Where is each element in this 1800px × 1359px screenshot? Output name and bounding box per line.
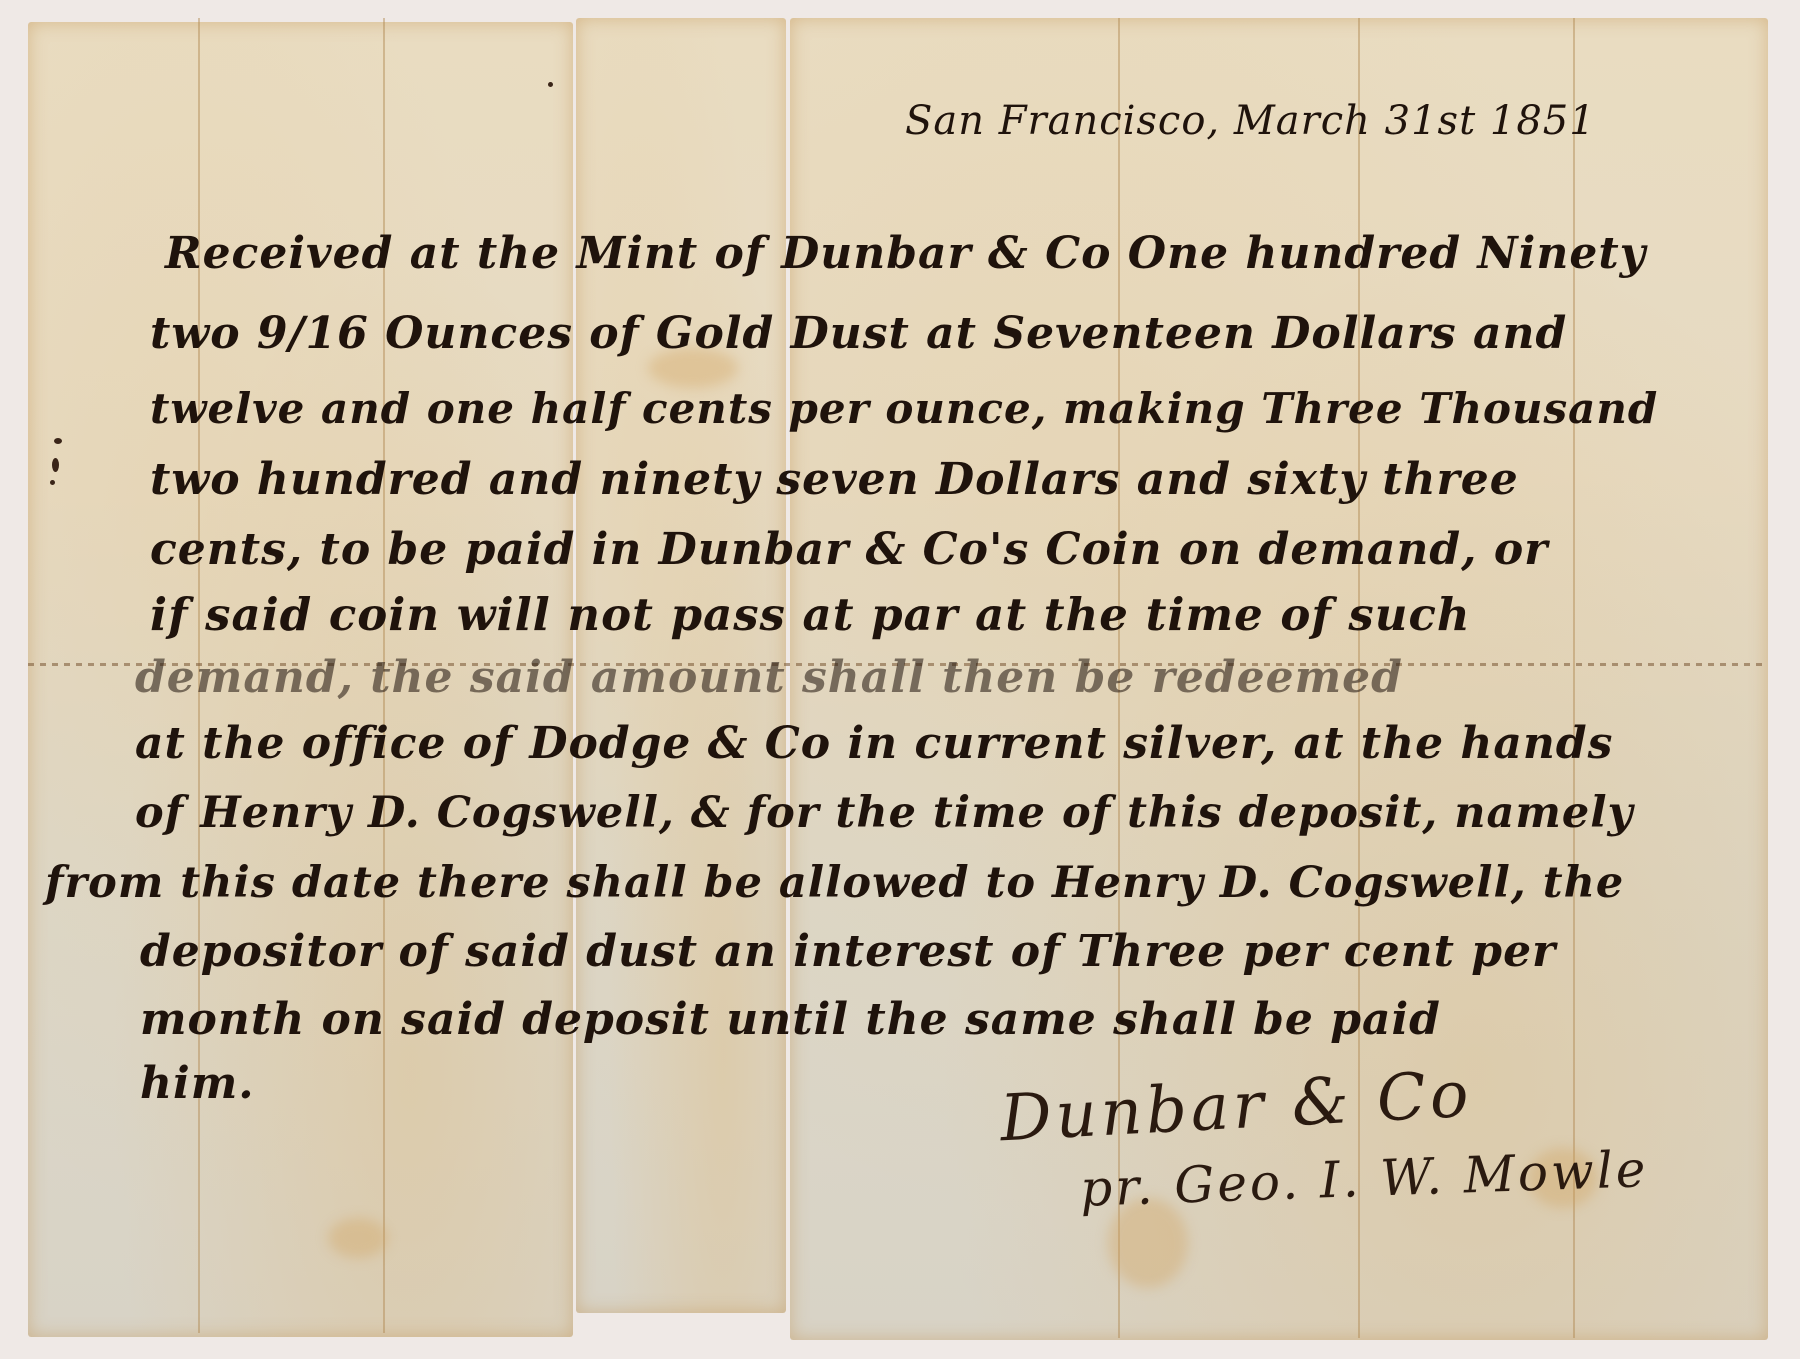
- body-line: if said coin will not pass at par at the…: [150, 592, 1471, 637]
- ink-blot: [548, 82, 553, 87]
- body-line: of Henry D. Cogswell, & for the time of …: [135, 792, 1634, 835]
- water-stain: [328, 1218, 388, 1258]
- body-line: twelve and one half cents per ounce, mak…: [150, 388, 1658, 430]
- body-line: from this date there shall be allowed to…: [45, 862, 1624, 905]
- fold-line: [1573, 18, 1575, 1338]
- body-line: month on said deposit until the same sha…: [140, 998, 1441, 1042]
- body-line: depositor of said dust an interest of Th…: [140, 930, 1556, 974]
- body-line: him.: [140, 1062, 255, 1106]
- photo-stage: San Francisco, March 31st 1851 Received …: [0, 0, 1800, 1359]
- body-line: cents, to be paid in Dunbar & Co's Coin …: [150, 528, 1548, 572]
- body-line: two hundred and ninety seven Dollars and…: [150, 458, 1519, 502]
- ink-blot: [54, 438, 62, 444]
- ink-blot: [50, 480, 55, 485]
- body-line: Received at the Mint of Dunbar & Co One …: [165, 232, 1646, 276]
- body-line-damaged: demand, the said amount shall then be re…: [135, 656, 1403, 700]
- body-line: at the office of Dodge & Co in current s…: [135, 722, 1613, 766]
- ink-blot: [52, 458, 59, 472]
- place-date: San Francisco, March 31st 1851: [905, 98, 1596, 144]
- body-line: two 9/16 Ounces of Gold Dust at Seventee…: [150, 312, 1567, 356]
